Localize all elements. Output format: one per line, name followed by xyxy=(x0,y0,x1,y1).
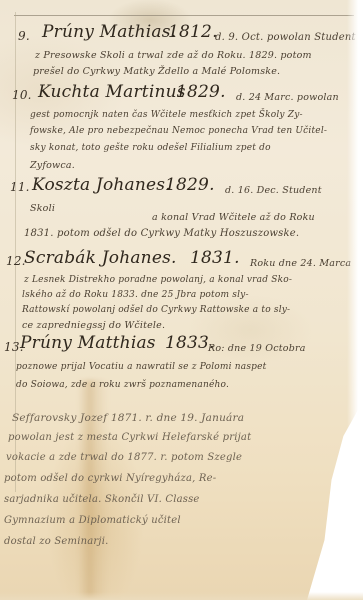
entry-line: fowske, Ale pro nebezpečnau Nemoc ponech… xyxy=(30,126,327,136)
entry-line: z Lesnek Distrekho poradne powolanj, a k… xyxy=(24,275,292,285)
entry-year: 1829. xyxy=(176,82,226,102)
entry-line: Seffarovsky Jozef 1871. r. dne 19. Januá… xyxy=(12,412,244,424)
entry-line: poznowe prijal Vocatiu a nawratil se z P… xyxy=(16,362,266,372)
paper-edge xyxy=(347,0,363,600)
entry-year: 1829. xyxy=(165,175,215,195)
entry-line: Skoli xyxy=(30,203,55,214)
entry-line: Roku dne 24. Marca xyxy=(250,258,351,269)
entry-line: do Soiowa, zde a roku zwrš poznamenaného… xyxy=(16,380,229,390)
entry-line: vokacie a zde trwal do 1877. r. potom Sz… xyxy=(6,452,242,463)
entry-line: dostal zo Seminarji. xyxy=(4,536,109,547)
entry-name: Kuchta Martinus xyxy=(38,82,186,102)
entry-year: 1812. xyxy=(168,22,218,42)
header-rule xyxy=(14,15,354,16)
paper-bottom-edge xyxy=(0,592,363,600)
entry-line: powolan jest z mesta Cyrkwi Helefarské p… xyxy=(8,432,251,443)
manuscript-page: 9. Prúny Mathias. 1812. d. 9. Oct. powol… xyxy=(0,0,363,600)
entry-line: gest pomocnjk naten čas Wčitele mesťkich… xyxy=(30,110,303,120)
entry-year: 1831. xyxy=(190,248,240,268)
entry-line: d. 24 Marc. powolan xyxy=(236,92,339,103)
entry-name: Prúny Matthias xyxy=(20,333,156,353)
entry-number: 11. xyxy=(10,180,30,194)
entry-line: sarjadnika učitela. Skončil VI. Classe xyxy=(4,494,200,505)
entry-line: prešel do Cyrkwy Matky Ždello a Malé Pol… xyxy=(33,66,280,77)
entry-name: Koszta Johanes. xyxy=(32,175,171,195)
entry-line: 1831. potom odšel do Cyrkwy Matky Hoszus… xyxy=(24,228,299,239)
entry-name: Prúny Mathias. xyxy=(42,22,176,42)
entry-line: ce zapredniegssj do Wčitele. xyxy=(22,320,165,331)
entry-number: 10. xyxy=(12,88,32,102)
entry-number: 12. xyxy=(6,254,26,268)
entry-line: sky konat, toto gešte roku odešel Filial… xyxy=(30,143,271,153)
entry-line: Gymnazium a Diplomatický učitel xyxy=(4,515,181,526)
entry-line: Rattowskí powolanj odšel do Cyrkwy Ratto… xyxy=(22,305,290,315)
entry-name: Scrabák Johanes. xyxy=(24,248,177,268)
entry-line: z Presowske Skoli a trwal zde až do Roku… xyxy=(35,50,312,61)
entry-line: Zyfowca. xyxy=(30,160,75,171)
entry-line: potom odšel do cyrkwi Nyíregyháza, Re- xyxy=(4,473,216,484)
entry-line: d. 16. Dec. Student xyxy=(225,185,322,196)
entry-line: lského až do Roku 1833. dne 25 Jbra poto… xyxy=(22,290,249,300)
entry-line: Ro: dne 19 Octobra xyxy=(208,343,306,354)
entry-line: a konal Vrad Wčitele až do Roku xyxy=(152,212,315,223)
entry-line: d. 9. Oct. powolan Student xyxy=(215,32,356,43)
entry-number: 9. xyxy=(18,29,30,43)
